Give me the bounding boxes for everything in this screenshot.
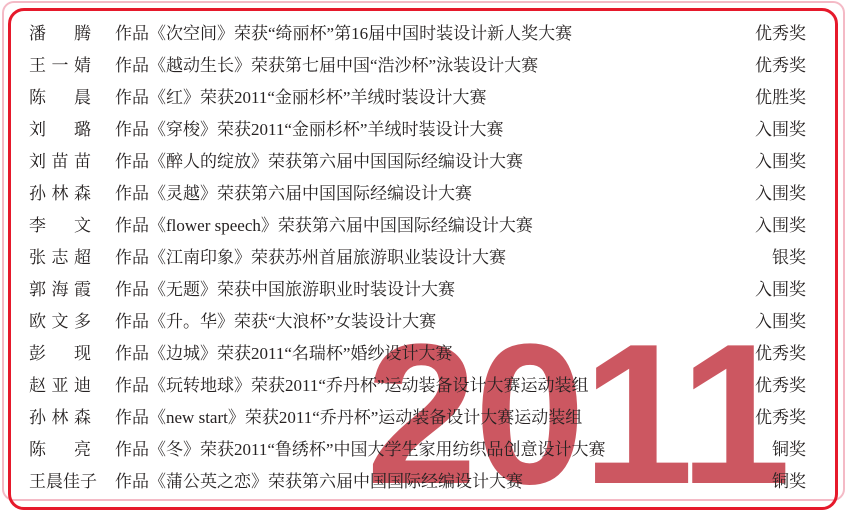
award-row: 彭现 作品《边城》荣获2011“名瑞杯”婚纱设计大赛 优秀奖 (29, 335, 806, 367)
award-row: 王晨佳子 作品《蒲公英之恋》荣获第六届中国国际经编设计大赛 铜奖 (29, 463, 806, 495)
winner-name: 李文 (29, 211, 91, 236)
winner-name: 陈亮 (29, 435, 91, 460)
work-description: 作品《玩转地球》荣获2011“乔丹杯”运动装备设计大赛运动装组 (115, 371, 747, 396)
work-description: 作品《边城》荣获2011“名瑞杯”婚纱设计大赛 (115, 339, 747, 364)
award-level: 入围奖 (755, 147, 806, 172)
work-description: 作品《冬》荣获2011“鲁绣杯”中国大学生家用纺织品创意设计大赛 (115, 435, 764, 460)
award-row: 孙林森 作品《灵越》荣获第六届中国国际经编设计大赛 入围奖 (29, 175, 806, 207)
award-level: 优秀奖 (755, 339, 806, 364)
award-row: 刘苗苗 作品《醉人的绽放》荣获第六届中国国际经编设计大赛 入围奖 (29, 143, 806, 175)
award-level: 铜奖 (772, 467, 806, 492)
work-description: 作品《穿梭》荣获2011“金丽杉杯”羊绒时装设计大赛 (115, 115, 747, 140)
award-level: 入围奖 (755, 211, 806, 236)
award-level: 入围奖 (755, 307, 806, 332)
winner-name: 欧文多 (29, 307, 91, 332)
award-row: 赵亚迪 作品《玩转地球》荣获2011“乔丹杯”运动装备设计大赛运动装组 优秀奖 (29, 367, 806, 399)
award-row: 郭海霞 作品《无题》荣获中国旅游职业时装设计大赛 入围奖 (29, 271, 806, 303)
award-level: 优秀奖 (755, 19, 806, 44)
award-row: 陈亮 作品《冬》荣获2011“鲁绣杯”中国大学生家用纺织品创意设计大赛 铜奖 (29, 431, 806, 463)
work-description: 作品《江南印象》荣获苏州首届旅游职业装设计大赛 (115, 243, 764, 268)
award-level: 优秀奖 (755, 51, 806, 76)
winner-name: 王一婧 (29, 51, 91, 76)
winner-name: 孙林森 (29, 179, 91, 204)
work-description: 作品《灵越》荣获第六届中国国际经编设计大赛 (115, 179, 747, 204)
award-document-page: 2011 潘腾 作品《次空间》荣获“绮丽杯”第16届中国时装设计新人奖大赛 优秀… (0, 0, 848, 514)
winner-name: 王晨佳子 (29, 467, 91, 492)
work-description: 作品《蒲公英之恋》荣获第六届中国国际经编设计大赛 (115, 467, 764, 492)
work-description: 作品《new start》荣获2011“乔丹杯”运动装备设计大赛运动装组 (115, 403, 747, 428)
award-row: 孙林森 作品《new start》荣获2011“乔丹杯”运动装备设计大赛运动装组… (29, 399, 806, 431)
award-level: 铜奖 (772, 435, 806, 460)
award-level: 优秀奖 (755, 371, 806, 396)
work-description: 作品《越动生长》荣获第七届中国“浩沙杯”泳装设计大赛 (115, 51, 747, 76)
winner-name: 潘腾 (29, 19, 91, 44)
award-rows: 潘腾 作品《次空间》荣获“绮丽杯”第16届中国时装设计新人奖大赛 优秀奖 王一婧… (29, 15, 806, 495)
work-description: 作品《醉人的绽放》荣获第六届中国国际经编设计大赛 (115, 147, 747, 172)
winner-name: 陈晨 (29, 83, 91, 108)
award-row: 陈晨 作品《红》荣获2011“金丽杉杯”羊绒时装设计大赛 优胜奖 (29, 79, 806, 111)
work-description: 作品《无题》荣获中国旅游职业时装设计大赛 (115, 275, 747, 300)
winner-name: 张志超 (29, 243, 91, 268)
winner-name: 刘璐 (29, 115, 91, 140)
winner-name: 孙林森 (29, 403, 91, 428)
award-row: 李文 作品《flower speech》荣获第六届中国国际经编设计大赛 入围奖 (29, 207, 806, 239)
award-row: 张志超 作品《江南印象》荣获苏州首届旅游职业装设计大赛 银奖 (29, 239, 806, 271)
winner-name: 郭海霞 (29, 275, 91, 300)
award-row: 潘腾 作品《次空间》荣获“绮丽杯”第16届中国时装设计新人奖大赛 优秀奖 (29, 15, 806, 47)
work-description: 作品《flower speech》荣获第六届中国国际经编设计大赛 (115, 211, 747, 236)
award-level: 入围奖 (755, 275, 806, 300)
award-level: 银奖 (772, 243, 806, 268)
award-row: 王一婧 作品《越动生长》荣获第七届中国“浩沙杯”泳装设计大赛 优秀奖 (29, 47, 806, 79)
winner-name: 赵亚迪 (29, 371, 91, 396)
winner-name: 刘苗苗 (29, 147, 91, 172)
work-description: 作品《红》荣获2011“金丽杉杯”羊绒时装设计大赛 (115, 83, 747, 108)
winner-name: 彭现 (29, 339, 91, 364)
award-level: 优秀奖 (755, 403, 806, 428)
award-row: 欧文多 作品《升。华》荣获“大浪杯”女装设计大赛 入围奖 (29, 303, 806, 335)
award-level: 入围奖 (755, 115, 806, 140)
work-description: 作品《升。华》荣获“大浪杯”女装设计大赛 (115, 307, 747, 332)
award-level: 优胜奖 (755, 83, 806, 108)
award-row: 刘璐 作品《穿梭》荣获2011“金丽杉杯”羊绒时装设计大赛 入围奖 (29, 111, 806, 143)
work-description: 作品《次空间》荣获“绮丽杯”第16届中国时装设计新人奖大赛 (115, 19, 747, 44)
award-level: 入围奖 (755, 179, 806, 204)
